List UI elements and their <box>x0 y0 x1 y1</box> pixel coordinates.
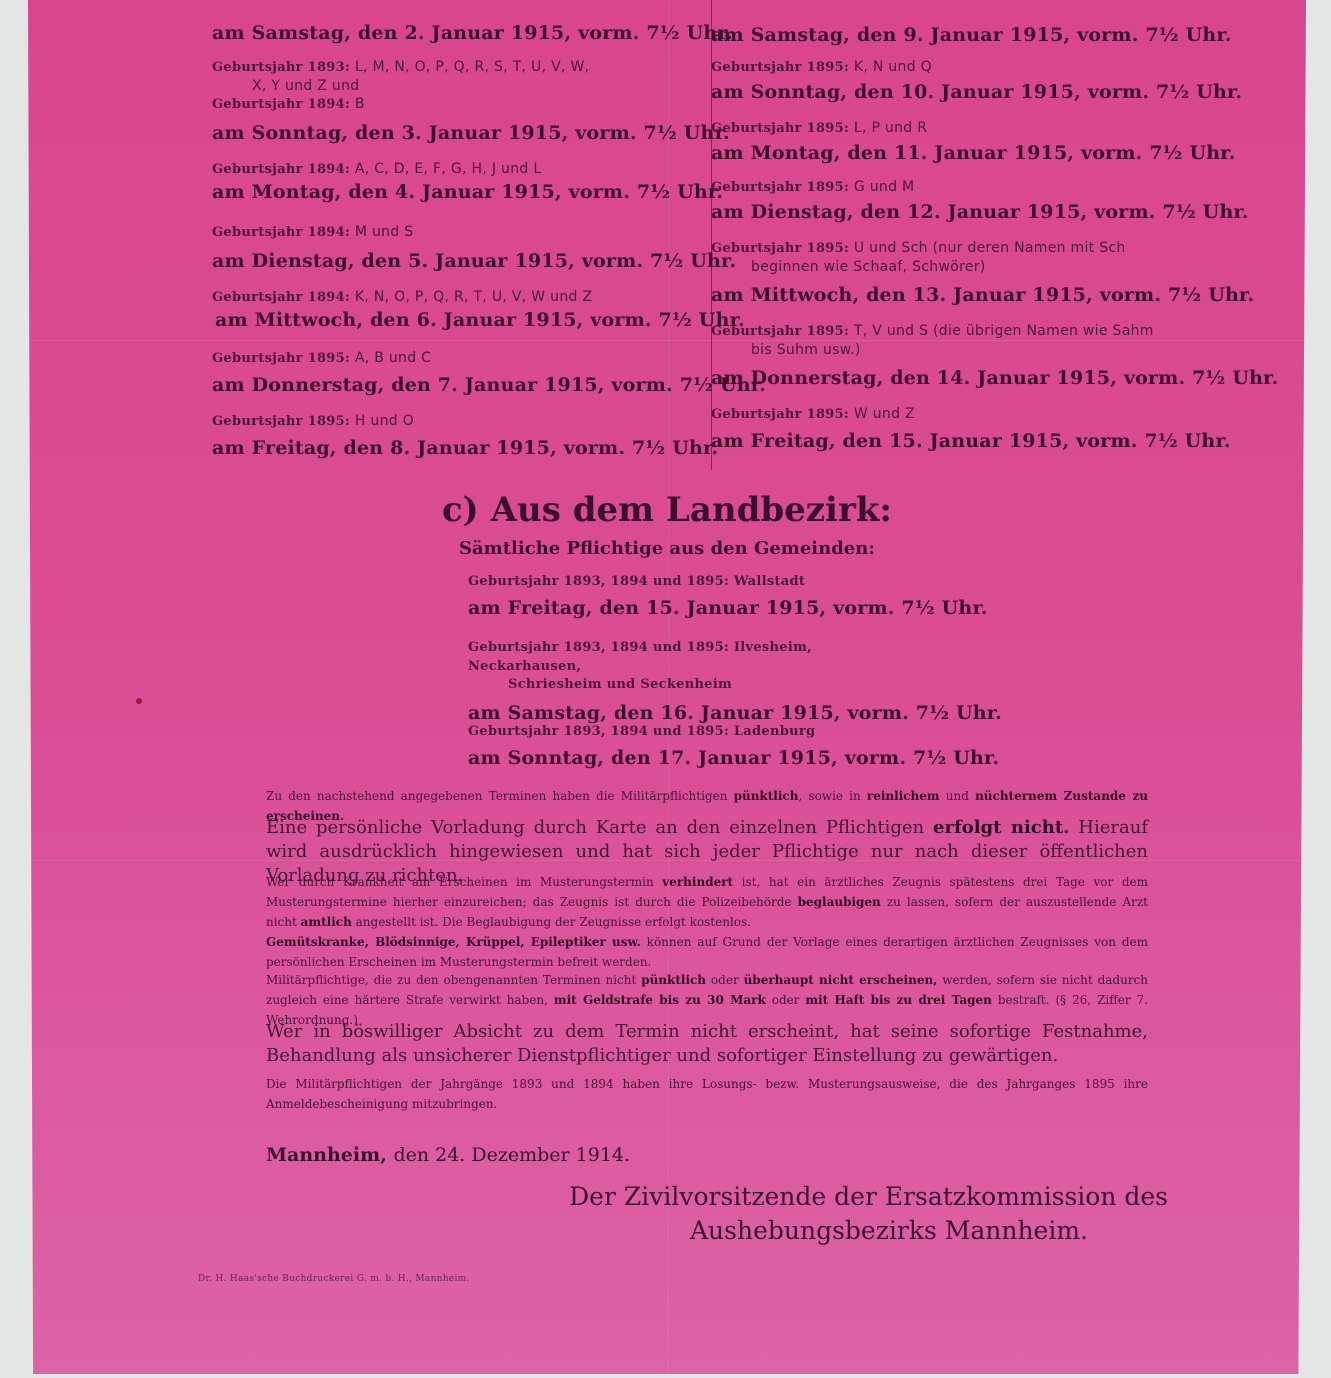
schedule-entry: Geburtsjahr 1893: L, M, N, O, P, Q, R, S… <box>212 58 664 146</box>
notice-illness: Wer durch Krankheit am Erscheinen im Mus… <box>214 872 1148 932</box>
name-letters: L, M, N, O, P, Q, R, S, T, U, V, W, <box>355 59 590 75</box>
schedule-entry: Geburtsjahr 1895: A, B und C am Donnerst… <box>212 349 664 398</box>
appointment-date: am Freitag, den 15. Januar 1915, vorm. 7… <box>468 595 928 621</box>
appointment-date: am Dienstag, den 5. Januar 1915, vorm. 7… <box>212 248 664 274</box>
issue-date: den 24. Dezember 1914. <box>393 1144 630 1166</box>
appointment-date: am Mittwoch, den 13. Januar 1915, vorm. … <box>711 282 1163 308</box>
schedule-entry: Geburtsjahr 1895: U und Sch (nur deren N… <box>711 239 1163 308</box>
ink-spot <box>136 698 142 704</box>
appointment-date: am Samstag, den 2. Januar 1915, vorm. 7½… <box>212 20 664 46</box>
schedule-left-column: am Samstag, den 2. Januar 1915, vorm. 7½… <box>212 0 664 461</box>
printer-imprint: Dr. H. Haas'sche Buchdruckerei G. m. b. … <box>198 1274 470 1284</box>
section-heading: c) Aus dem Landbezirk: <box>28 490 1306 530</box>
schedule-entry: Geburtsjahr 1895: H und O am Freitag, de… <box>212 412 664 461</box>
notice-exemption: Gemütskranke, Blödsinnige, Krüppel, Epil… <box>214 932 1148 972</box>
appointment-date: am Donnerstag, den 14. Januar 1915, vorm… <box>711 365 1163 391</box>
appointment-date: am Montag, den 4. Januar 1915, vorm. 7½ … <box>212 179 664 205</box>
appointment-date: am Sonntag, den 10. Januar 1915, vorm. 7… <box>711 79 1163 105</box>
appointment-date: am Montag, den 11. Januar 1915, vorm. 7½… <box>711 140 1163 166</box>
schedule-entry: Geburtsjahr 1894: M und S am Dienstag, d… <box>212 223 664 274</box>
appointment-date: am Mittwoch, den 6. Januar 1915, vorm. 7… <box>212 307 664 333</box>
signature-line-2: Aushebungsbezirks Mannheim. <box>568 1214 1168 1248</box>
schedule-entry: Geburtsjahr 1894: A, C, D, E, F, G, H, J… <box>212 160 664 205</box>
schedule-right-column: am Samstag, den 9. Januar 1915, vorm. 7½… <box>711 0 1163 454</box>
place-date: Mannheim, den 24. Dezember 1914. <box>266 1144 630 1166</box>
appointment-date: am Dienstag, den 12. Januar 1915, vorm. … <box>711 199 1163 225</box>
place-name: Mannheim, <box>266 1144 387 1166</box>
appointment-date: am Sonntag, den 3. Januar 1915, vorm. 7½… <box>212 120 664 146</box>
district-entry: Geburtsjahr 1893, 1894 und 1895: Ladenbu… <box>468 722 928 771</box>
appointment-date: am Freitag, den 8. Januar 1915, vorm. 7½… <box>212 435 664 461</box>
birth-year-label: Geburtsjahr <box>212 60 303 75</box>
schedule-entry: Geburtsjahr 1895: L, P und R am Montag, … <box>711 119 1163 166</box>
appointment-date: am Samstag, den 9. Januar 1915, vorm. 7½… <box>711 22 1163 48</box>
appointment-date: am Freitag, den 15. Januar 1915, vorm. 7… <box>711 428 1163 454</box>
appointment-date: am Sonntag, den 17. Januar 1915, vorm. 7… <box>468 745 928 771</box>
district-entry: Geburtsjahr 1893, 1894 und 1895: Ilveshe… <box>468 638 928 726</box>
section-subheading: Sämtliche Pflichtige aus den Gemeinden: <box>28 538 1306 559</box>
schedule-entry: am Samstag, den 9. Januar 1915, vorm. 7½… <box>711 22 1163 48</box>
poster-sheet: am Samstag, den 2. Januar 1915, vorm. 7½… <box>28 0 1306 1374</box>
notice-arrest: Wer in böswilliger Absicht zu dem Termin… <box>214 1020 1148 1068</box>
schedule-entry: am Samstag, den 2. Januar 1915, vorm. 7½… <box>212 20 664 46</box>
schedule-entry: Geburtsjahr 1895: W und Z am Freitag, de… <box>711 405 1163 454</box>
schedule-entry: Geburtsjahr 1894: K, N, O, P, Q, R, T, U… <box>212 288 664 333</box>
signature-line-1: Der Zivilvorsitzende der Ersatzkommissio… <box>569 1182 1168 1211</box>
notice-documents: Die Militärpflichtigen der Jahrgänge 189… <box>214 1074 1148 1114</box>
district-entry: Geburtsjahr 1893, 1894 und 1895: Wallsta… <box>468 572 928 621</box>
schedule-entry: Geburtsjahr 1895: G und M am Dienstag, d… <box>711 178 1163 225</box>
schedule-entry: Geburtsjahr 1895: K, N und Q am Sonntag,… <box>711 58 1163 105</box>
signature-block: Der Zivilvorsitzende der Ersatzkommissio… <box>568 1180 1168 1248</box>
appointment-date: am Donnerstag, den 7. Januar 1915, vorm.… <box>212 372 664 398</box>
schedule-entry: Geburtsjahr 1895: T, V und S (die übrige… <box>711 322 1163 391</box>
